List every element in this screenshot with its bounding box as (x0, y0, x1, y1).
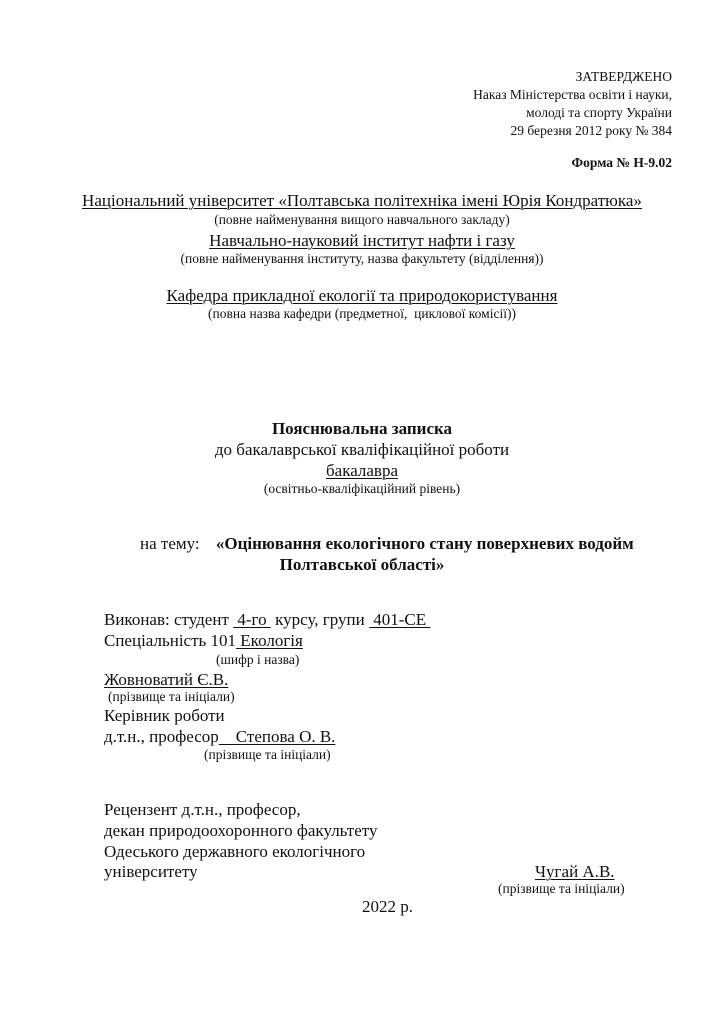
institute-caption: (повне найменування інституту, назва фак… (0, 251, 724, 267)
department-name: Кафедра прикладної екології та природоко… (167, 286, 558, 305)
supervisor-name-caption: (прізвище та ініціали) (204, 747, 331, 763)
institute-name-row: Навчально-науковий інститут нафти і газу (0, 231, 724, 251)
specialty-caption: (шифр і назва) (216, 652, 299, 668)
student-line: Виконав: студент 4-го курсу, групи 401-С… (104, 610, 430, 630)
university-name-row: Національний університет «Полтавська пол… (0, 191, 724, 211)
topic-row: на тему: «Оцінювання екологічного стану … (140, 534, 634, 554)
student-name: Жовноватий Є.В. (104, 670, 228, 689)
approval-block: ЗАТВЕРДЖЕНО Наказ Міністерства освіти і … (473, 68, 672, 140)
approval-order-line: Наказ Міністерства освіти і науки, (473, 86, 672, 104)
approval-date-line: 29 березня 2012 року № 384 (473, 122, 672, 140)
specialty-value: Екологія (236, 631, 303, 650)
topic-title-line1: «Оцінювання екологічного стану поверхнев… (216, 534, 634, 553)
reviewer-line-1: Рецензент д.т.н., професор, (104, 800, 301, 820)
performed-by-label: Виконав: студент (104, 610, 229, 629)
supervisor-line: д.т.н., професор Степова О. В. (104, 727, 335, 747)
supervisor-name: Степова О. В. (219, 727, 336, 746)
form-number: Форма № Н-9.02 (572, 155, 672, 171)
topic-prefix: на тему: (140, 534, 200, 553)
reviewer-name: Чугай А.В. (535, 862, 615, 881)
specialty-line: Спеціальність 101 Екологія (104, 631, 303, 651)
degree-row: бакалавра (0, 461, 724, 481)
approval-stamp: ЗАТВЕРДЖЕНО (473, 68, 672, 86)
department-name-row: Кафедра прикладної екології та природоко… (0, 286, 724, 306)
group-value: 401-СЕ (369, 610, 430, 629)
reviewer-line-3: Одеського державного екологічного (104, 842, 365, 862)
course-label: курсу, групи (271, 610, 369, 629)
degree-caption: (освітньо-кваліфікаційний рівень) (0, 481, 724, 497)
document-title: Пояснювальна записка (0, 419, 724, 439)
student-name-row: Жовноватий Є.В. (104, 670, 228, 690)
university-name: Національний університет «Полтавська пол… (82, 191, 642, 210)
reviewer-name-caption: (прізвище та ініціали) (498, 881, 625, 897)
supervisor-title: д.т.н., професор (104, 727, 219, 746)
reviewer-line-4: університету (104, 862, 198, 882)
university-caption: (повне найменування вищого навчального з… (0, 212, 724, 228)
supervisor-label: Керівник роботи (104, 706, 225, 726)
department-caption: (повна назва кафедри (предметної, циклов… (0, 306, 724, 322)
course-value: 4-го (233, 610, 271, 629)
reviewer-line-2: декан природоохоронного факультету (104, 821, 377, 841)
specialty-label: Спеціальність 101 (104, 631, 236, 650)
institute-name: Навчально-науковий інститут нафти і газу (209, 231, 515, 250)
degree: бакалавра (326, 461, 398, 480)
reviewer-name-row: Чугай А.В. (535, 862, 615, 882)
document-subtitle: до бакалаврської кваліфікаційної роботи (0, 440, 724, 460)
approval-ministry-line: молоді та спорту України (473, 104, 672, 122)
student-name-caption: (прізвище та ініціали) (108, 689, 235, 705)
topic-title-line2: Полтавської області» (0, 555, 724, 575)
year: 2022 р. (362, 897, 413, 917)
